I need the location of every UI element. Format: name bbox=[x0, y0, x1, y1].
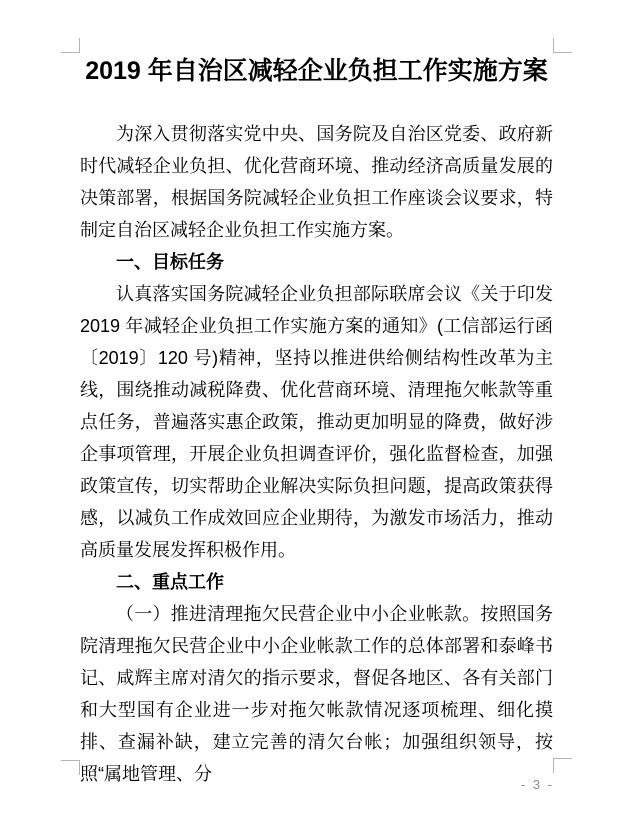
paragraph-key-work: （一）推进清理拖欠民营企业中小企业帐款。按照国务院清理拖欠民营企业中小企业帐款工… bbox=[80, 598, 553, 790]
paragraph-intro: 为深入贯彻落实党中央、国务院及自治区党委、政府新时代减轻企业负担、优化营商环境、… bbox=[80, 118, 553, 246]
document-page: 2019 年自治区减轻企业负担工作实施方案 为深入贯彻落实党中央、国务院及自治区… bbox=[0, 0, 633, 825]
paragraph-goals: 认真落实国务院减轻企业负担部际联席会议《关于印发 2019 年减轻企业负担工作实… bbox=[80, 278, 553, 566]
crop-mark-bottom-left-icon bbox=[61, 760, 80, 775]
document-body: 为深入贯彻落实党中央、国务院及自治区党委、政府新时代减轻企业负担、优化营商环境、… bbox=[80, 118, 553, 790]
page-number: - 3 - bbox=[521, 777, 554, 793]
crop-mark-top-left-icon bbox=[61, 38, 80, 53]
section-heading-key-work: 二、重点工作 bbox=[80, 566, 553, 598]
crop-mark-bottom-right-icon bbox=[553, 758, 572, 773]
section-heading-goals: 一、目标任务 bbox=[80, 246, 553, 278]
document-title: 2019 年自治区减轻企业负担工作实施方案 bbox=[80, 52, 553, 90]
text-area: 2019 年自治区减轻企业负担工作实施方案 为深入贯彻落实党中央、国务院及自治区… bbox=[80, 52, 553, 790]
crop-mark-top-right-icon bbox=[553, 38, 572, 53]
